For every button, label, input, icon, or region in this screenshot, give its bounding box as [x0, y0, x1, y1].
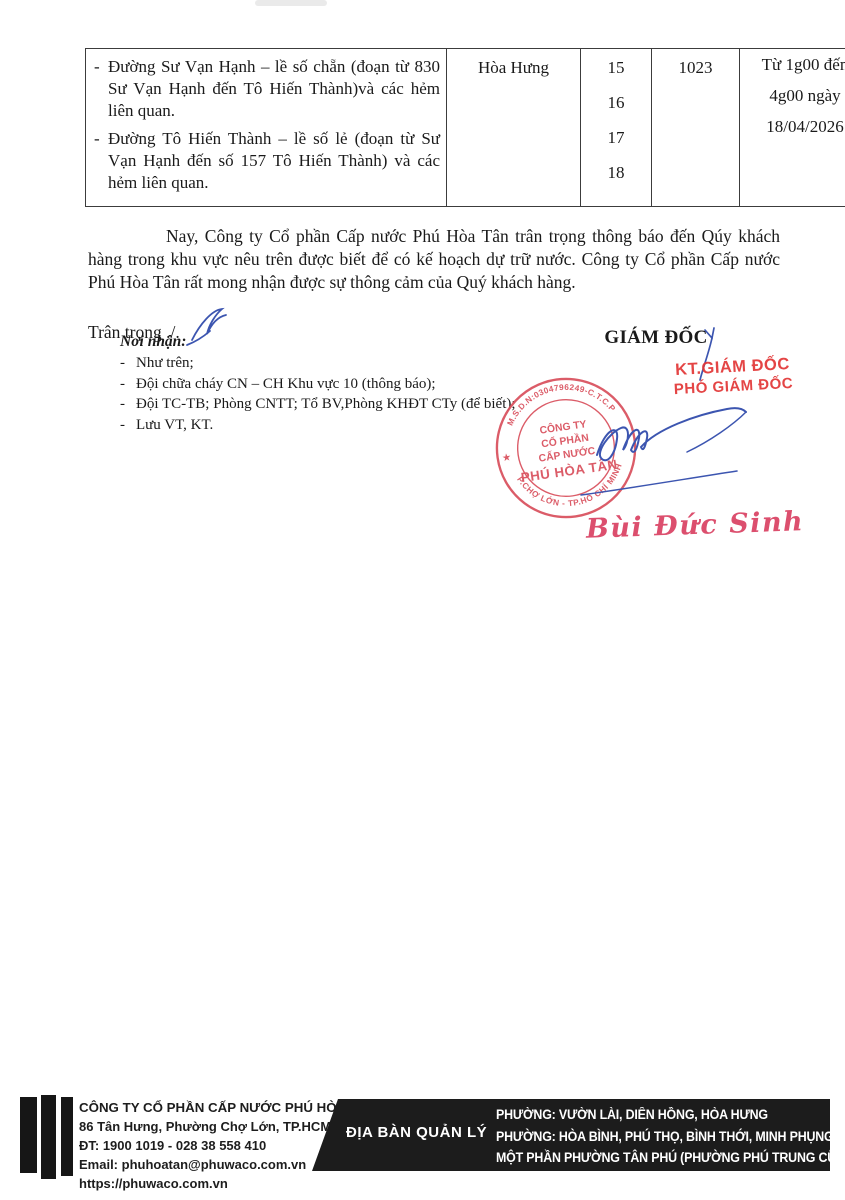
- zone-number: 18: [587, 162, 645, 184]
- footer-logo-bar: [41, 1095, 56, 1179]
- footer-logo-bar: [61, 1097, 73, 1176]
- zone-number: 17: [587, 127, 645, 149]
- zone-number: 15: [587, 57, 645, 79]
- service-area-banner: ĐỊA BÀN QUẢN LÝ PHƯỜNG: VƯỜN LÀI, DIÊN H…: [312, 1099, 830, 1171]
- cell-code: 1023: [652, 49, 740, 207]
- zone-number: 16: [587, 92, 645, 114]
- recipient-text: Đội chữa cháy CN – CH Khu vực 10 (thông …: [136, 374, 436, 395]
- item-dash: -: [120, 353, 136, 374]
- bullet-dash: -: [94, 56, 108, 122]
- cell-streets: - Đường Sư Vạn Hạnh – lề số chẵn (đoạn t…: [86, 49, 447, 207]
- company-website: https://phuwaco.com.vn: [79, 1174, 377, 1193]
- cell-ward: Hòa Hưng: [447, 49, 581, 207]
- ward-name: Hòa Hưng: [453, 57, 574, 79]
- banner-ward-list: PHƯỜNG: VƯỜN LÀI, DIÊN HỒNG, HÒA HƯNG PH…: [496, 1104, 840, 1169]
- cell-time: Từ 1g00 đến 4g00 ngày 18/04/2026: [740, 49, 845, 207]
- time-line: 4g00 ngày: [746, 85, 845, 108]
- cell-zones: 15 16 17 18: [581, 49, 652, 207]
- scan-artifact: [255, 0, 327, 6]
- street-item: - Đường Tô Hiến Thành – lề số lẻ (đoạn t…: [94, 128, 440, 194]
- recipient-text: Như trên;: [136, 353, 194, 374]
- seal-star: ★: [502, 452, 512, 463]
- footer-logo-bar: [20, 1097, 37, 1173]
- ward-list-line: PHƯỜNG: HÒA BÌNH, PHÚ THỌ, BÌNH THỚI, MI…: [496, 1126, 840, 1148]
- outage-table: - Đường Sư Vạn Hạnh – lề số chẵn (đoạn t…: [85, 48, 845, 207]
- time-line: 18/04/2026: [746, 116, 845, 139]
- recipient-text: Đội TC-TB; Phòng CNTT; Tổ BV,Phòng KHĐT …: [136, 394, 516, 415]
- recipients-heading: Nơi nhận:: [120, 333, 560, 351]
- time-line: Từ 1g00 đến: [746, 54, 845, 77]
- notice-paragraph: Nay, Công ty Cổ phần Cấp nước Phú Hòa Tâ…: [88, 225, 780, 294]
- ward-list-line: PHƯỜNG: VƯỜN LÀI, DIÊN HỒNG, HÒA HƯNG: [496, 1104, 840, 1126]
- company-name: CÔNG TY CỔ PHẦN CẤP NƯỚC PHÚ HÒA TÂN: [79, 1098, 377, 1117]
- director-signature-ink: [545, 395, 795, 515]
- document-page: - Đường Sư Vạn Hạnh – lề số chẵn (đoạn t…: [0, 0, 845, 1200]
- recipient-item: - Như trên;: [120, 353, 560, 374]
- recipient-text: Lưu VT, KT.: [136, 415, 213, 436]
- item-dash: -: [120, 374, 136, 395]
- table-row: - Đường Sư Vạn Hạnh – lề số chẵn (đoạn t…: [86, 49, 845, 207]
- signer-name: Bùi Đức Sinh: [586, 506, 805, 545]
- ward-list-line: MỘT PHẦN PHƯỜNG TÂN PHÚ (PHƯỜNG PHÚ TRUN…: [496, 1147, 840, 1169]
- dma-code: 1023: [658, 57, 733, 79]
- kt-giam-doc-stamp: KT.GIÁM ĐỐC PHÓ GIÁM ĐỐC: [647, 354, 819, 400]
- item-dash: -: [120, 415, 136, 436]
- item-dash: -: [120, 394, 136, 415]
- street-item: - Đường Sư Vạn Hạnh – lề số chẵn (đoạn t…: [94, 56, 440, 122]
- banner-label: ĐỊA BÀN QUẢN LÝ: [346, 1124, 487, 1141]
- street-text: Đường Sư Vạn Hạnh – lề số chẵn (đoạn từ …: [108, 56, 440, 122]
- street-text: Đường Tô Hiến Thành – lề số lẻ (đoạn từ …: [108, 128, 440, 194]
- bullet-dash: -: [94, 128, 108, 194]
